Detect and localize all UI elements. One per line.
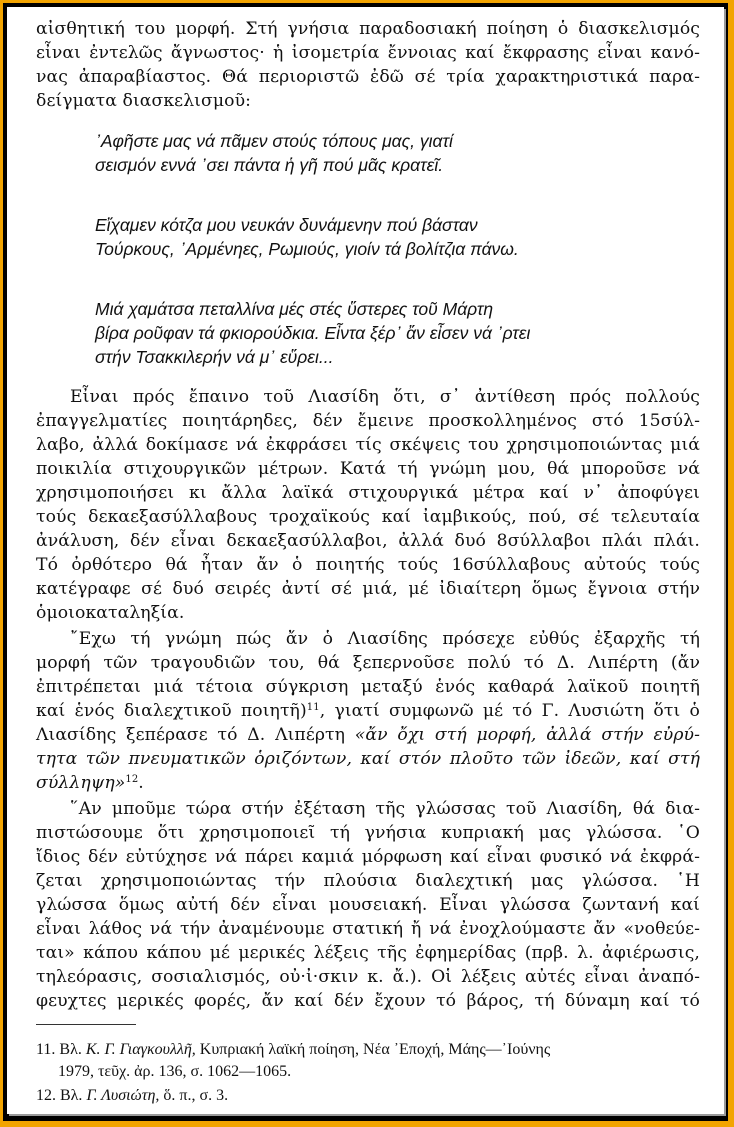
poem-line: βίρα ροῦφαν τά φκιορούδκια. Εἶντα ξέρ᾿ ἄ… (95, 321, 530, 345)
text-line: λαβο, ἀλλά δοκίμασε νά ἐκφράσει τίς σκέψ… (36, 433, 700, 457)
text-line: μορφή τῶν τραγουδιῶν του, θά ξεπερνοῦσε … (36, 651, 700, 675)
text-line: φευχτες μερικές φορές, ἄν καί δέν ἔχουν … (36, 989, 700, 1013)
text-line: τούς δεκαεξασύλλαβους τροχαϊκούς καί ἰαμ… (36, 505, 700, 529)
text-segment: , γιατί συμφωνῶ μέ τό Γ. Λυσιώτη ὅτι ὁ (320, 701, 700, 721)
poem-line: Τούρκους, ᾿Αρμένηες, Ρωμιούς, γιοίν τά β… (95, 237, 519, 261)
text-line: ἀνάλυση, δέν εἶναι δεκαεξασύλλαβοι, ἀλλά… (36, 529, 700, 553)
footnote-prefix: Βλ. (59, 1041, 81, 1058)
footnote-text: Κυπριακή λαϊκή ποίηση, Νέα ᾿Εποχή, Μάης—… (200, 1041, 550, 1058)
text-line: αἰσθητική του μορφή. Στή γνήσια παραδοσι… (36, 17, 700, 41)
text-line: ῎Εχω τή γνώμη πώς ἄν ὁ Λιασίδης πρόσεχε … (36, 627, 700, 651)
text-segment: . (138, 773, 144, 793)
footnote-number: 12. (36, 1087, 56, 1104)
text-line: ζεται χρησιμοποιώντας τήν πλούσια διαλεχ… (36, 869, 700, 893)
footnote-divider (36, 1024, 136, 1025)
text-line: ἐπιτρέπεται μιά τέτοια σύγκριση μεταξύ ἑ… (36, 675, 700, 699)
text-line: εἶναι λάθος νά τήν ἀναμένουμε στατική ἤ … (36, 917, 700, 941)
footnote-12: 12. Βλ. Γ. Λυσιώτη, ὅ. π., σ. 3. (36, 1085, 228, 1107)
text-line: ῞Αν μποῦμε τώρα στήν ἐξέταση τῆς γλώσσας… (36, 797, 700, 821)
document-page: αἰσθητική του μορφή. Στή γνήσια παραδοσι… (7, 7, 724, 1114)
text-line: σύλληψη»12. (36, 771, 700, 795)
footnote-11: 11. Βλ. Κ. Γ. Γιαγκουλλῆ, Κυπριακή λαϊκή… (36, 1039, 550, 1061)
text-line: κατέγραφε σέ δυό σειρές ἀντί σέ μιά, μέ … (36, 577, 700, 601)
text-line: ται» κάπου κάπου μέ μερικές λέξεις τῆς ἐ… (36, 941, 700, 965)
quote-line: τητα τῶν πνευματικῶν ὁριζόντων, καί στόν… (36, 747, 700, 771)
text-line: νας ἀπαραβίαστος. Θά περιοριστῶ ἐδῶ σέ τ… (36, 65, 700, 89)
text-line: εἶναι ἐντελῶς ἄγνωστος· ἡ ἰσομετρία ἔννο… (36, 41, 700, 65)
text-line: Τό ὀρθότερο θά ἦταν ἄν ὁ ποιητής τούς 16… (36, 553, 700, 577)
text-line: τηλεόρασις, σοσιαλισμός, οὐ·ἰ·σκιν κ. ἄ.… (36, 965, 700, 989)
quote-segment: σύλληψη» (36, 773, 125, 793)
text-line: δείγματα διασκελισμοῦ: (36, 89, 700, 113)
text-line: Λιασίδης ξεπέρασε τό Δ. Λιπέρτη «ἄν ὄχι … (36, 723, 700, 747)
text-line: ἐπαγγελματίες ποιητάρηδες, δέν ἔμεινε πρ… (36, 409, 700, 433)
text-line: ἴδιος δέν εὐτύχησε νά πάρει καμιά μόρφωσ… (36, 845, 700, 869)
text-line: ὁμοιοκαταληξία. (36, 601, 700, 625)
footnote-11-continuation: 1979, τεῦχ. ἀρ. 136, σ. 1062—1065. (58, 1061, 291, 1083)
text-line: ποικιλία στιχουργικῶν μέτρων. Κατά τή γν… (36, 457, 700, 481)
text-line: γλώσσα ὅμως αὐτή δέν εἶναι μουσειακή. Εἶ… (36, 893, 700, 917)
text-line: χρησιμοποιήσει κι ἄλλα λαϊκά στιχουργικά… (36, 481, 700, 505)
footnote-number: 11. (36, 1041, 55, 1058)
text-segment: Λιασίδης ξεπέρασε τό Δ. Λιπέρτη (36, 725, 355, 745)
poem-line: στήν Τσακκιλερήν νά μ᾿ εὕρει... (95, 345, 333, 369)
poem-line: Μιά χαμάτσα πεταλλίνα μές στές ὕστερες τ… (95, 297, 493, 321)
text-line: πιστώσουμε ὅτι χρησιμοποιεῖ τή γνήσια κυ… (36, 821, 700, 845)
footnote-author: Κ. Γ. Γιαγκουλλῆ, (86, 1041, 196, 1058)
text-line: Εἶναι πρός ἔπαινο τοῦ Λιασίδη ὅτι, σ᾿ ἀν… (36, 385, 700, 409)
quote-segment: «ἄν ὄχι στή μορφή, ἀλλά στήν εὐρύ- (355, 725, 700, 745)
poem-line: Εἴχαμεν κότζα μου νευκάν δυνάμενην πού β… (95, 213, 478, 237)
footnote-ref-12[interactable]: 12 (125, 774, 138, 785)
footnote-author: Γ. Λυσιώτη, (86, 1087, 159, 1104)
text-line: καί ἑνός διαλεχτικοῦ ποιητῆ)11, γιατί συ… (36, 699, 700, 723)
text-segment: καί ἑνός διαλεχτικοῦ ποιητῆ) (36, 701, 307, 721)
footnote-ref-11[interactable]: 11 (307, 702, 320, 713)
poem-line: σεισμόν εννά ᾿σει πάντα ἡ γῆ πού μᾶς κρα… (95, 153, 443, 177)
footnote-prefix: Βλ. (60, 1087, 82, 1104)
poem-line: ᾿Αφῆστε μας νά πᾶμεν στούς τόπους μας, γ… (95, 129, 453, 153)
footnote-text: ὅ. π., σ. 3. (163, 1087, 228, 1104)
